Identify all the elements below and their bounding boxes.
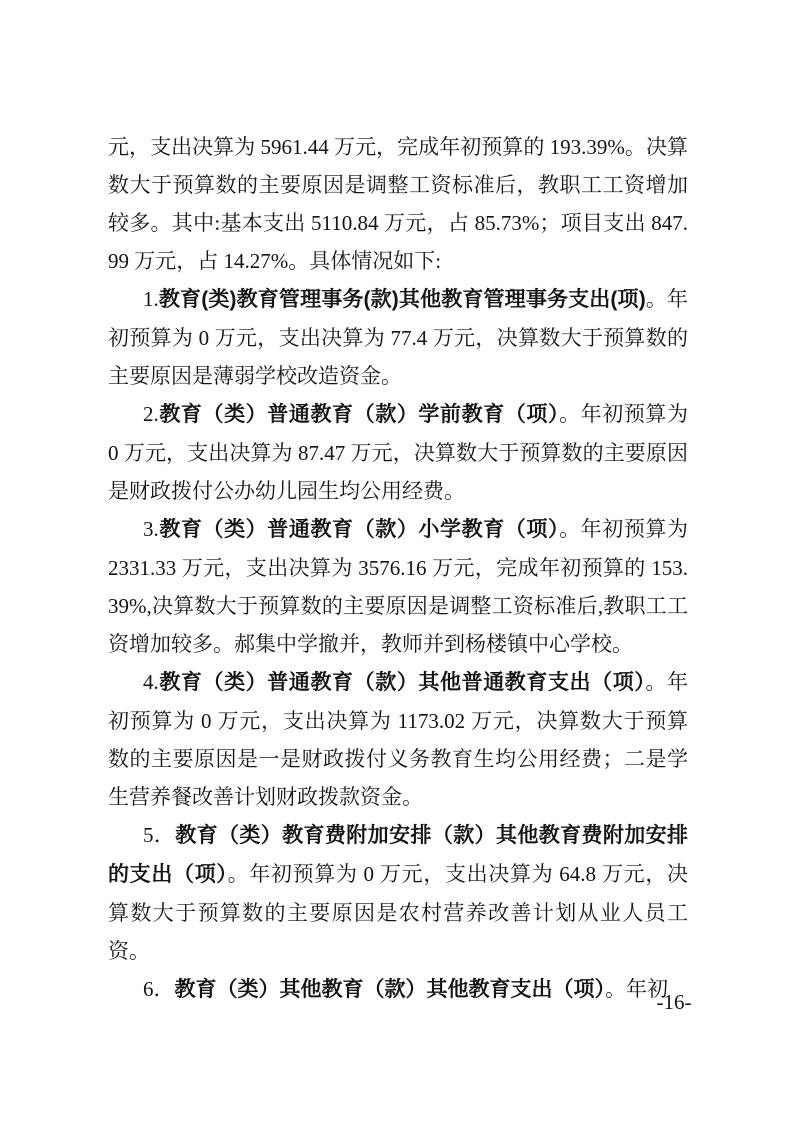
item-6-number: 6． (143, 977, 175, 1001)
item-5-number: 5． (143, 823, 175, 847)
item-1-number: 1. (143, 287, 159, 311)
intro-paragraph: 元，支出决算为 5961.44 万元，完成年初预算的 193.39%。决算数大于… (108, 128, 688, 280)
item-2-number: 2. (143, 402, 159, 426)
page-number: -16- (650, 990, 698, 1015)
budget-item-2: 2.教育（类）普通教育（款）学前教育（项）。年初预算为 0 万元，支出决算为 8… (108, 395, 688, 510)
item-2-title: 教育（类）普通教育（款）学前教育（项） (159, 403, 559, 426)
item-4-number: 4. (143, 670, 159, 694)
budget-item-3: 3.教育（类）普通教育（款）小学教育（项）。年初预算为 2331.33 万元，支… (108, 510, 688, 663)
document-page: 元，支出决算为 5961.44 万元，完成年初预算的 193.39%。决算数大于… (0, 0, 794, 1122)
page-content: 元，支出决算为 5961.44 万元，完成年初预算的 193.39%。决算数大于… (108, 128, 688, 1009)
budget-item-5: 5．教育（类）教育费附加安排（款）其他教育费附加安排的支出（项）。年初预算为 0… (108, 816, 688, 970)
item-4-title: 教育（类）普通教育（款）其他普通教育支出（项） (159, 671, 646, 694)
item-3-title: 教育（类）普通教育（款）小学教育（项） (159, 518, 559, 541)
item-6-title: 教育（类）其他教育（款）其他教育支出（项） (175, 978, 606, 1001)
item-1-title: 教育(类)教育管理事务(款)其他教育管理事务支出(项) (159, 288, 646, 311)
budget-item-4: 4.教育（类）普通教育（款）其他普通教育支出（项）。年初预算为 0 万元，支出决… (108, 663, 688, 816)
budget-item-6: 6．教育（类）其他教育（款）其他教育支出（项）。年初 (108, 970, 688, 1009)
budget-item-1: 1.教育(类)教育管理事务(款)其他教育管理事务支出(项)。年初预算为 0 万元… (108, 280, 688, 395)
item-3-number: 3. (143, 517, 159, 541)
